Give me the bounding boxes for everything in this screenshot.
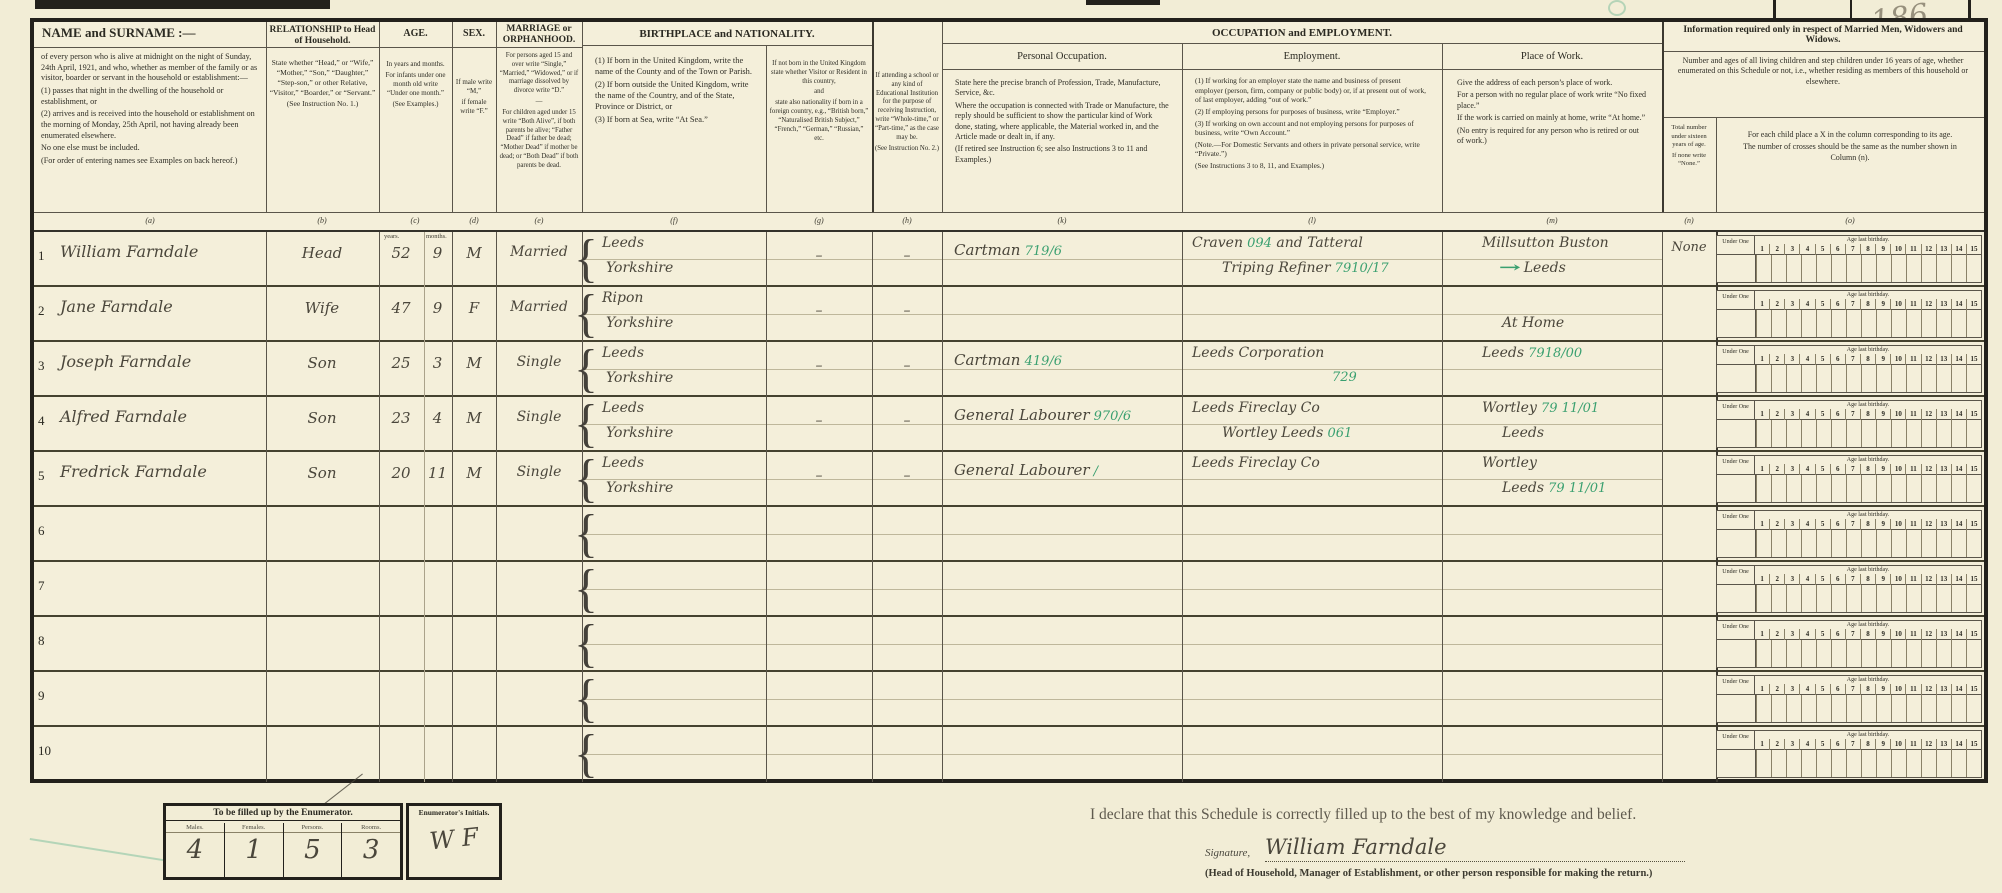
age-grid-number: 4 (1799, 519, 1814, 530)
cell-divider (766, 617, 767, 672)
cell-divider (1442, 727, 1443, 782)
married-info-banner: Information required only in respect of … (1662, 22, 1984, 52)
age-grid-cell (1906, 310, 1921, 337)
age-grid-cell (1891, 640, 1906, 667)
age-grid-cell (1717, 695, 1756, 722)
age-grid-cell (1891, 530, 1906, 557)
age-grid-cell (1906, 585, 1921, 612)
birthplace-line2: Yorkshire (606, 315, 766, 331)
cell-divider (1442, 232, 1443, 287)
age-grid-number: 15 (1966, 519, 1981, 530)
nationality-value: – (766, 303, 872, 319)
nationality-value: – (766, 358, 872, 374)
age-grid-number: 1 (1755, 299, 1769, 310)
cell-divider (496, 562, 497, 617)
cell-divider (379, 672, 380, 727)
age-grid-number: 3 (1784, 519, 1799, 530)
cell-divider (379, 507, 380, 562)
age-grid: Under OneAge last birthday.1234567891011… (1716, 455, 1982, 503)
table-row: {1William FarndaleHead529MMarriedLeedsYo… (34, 232, 1984, 287)
table-row: {3Joseph FarndaleSon253MSingleLeedsYorks… (34, 342, 1984, 397)
cell-divider (1662, 672, 1663, 727)
age-grid-cell (1831, 310, 1846, 337)
row-number: 1 (38, 248, 58, 264)
top-edge-mark (35, 0, 330, 9)
col-k-title: Personal Occupation. (942, 44, 1182, 70)
birthplace-brace: { (574, 503, 598, 564)
age-grid-cells (1717, 310, 1981, 337)
occupation-value-code: / (1090, 464, 1099, 479)
cell-divider (379, 727, 380, 782)
age-grid-number: 10 (1890, 519, 1905, 530)
name-value: Joseph Farndale (60, 352, 264, 371)
table-row: {10Under OneAge last birthday.1234567891… (34, 727, 1984, 782)
age-grid-cell (1717, 475, 1756, 502)
age-grid-number: 5 (1815, 574, 1830, 585)
education-value: – (872, 248, 942, 264)
table-row: {2Jane FarndaleWife479FMarriedRiponYorks… (34, 287, 1984, 342)
cell-divider (1182, 397, 1183, 452)
text-line: (1) passes that night in the dwelling of… (41, 86, 259, 107)
age-grid-cell (1876, 695, 1891, 722)
age-grid-cell (1951, 585, 1966, 612)
place-of-work-line1-text: Wortley (1482, 455, 1537, 471)
age-grid-cell (1717, 365, 1756, 392)
age-grid-cell (1771, 310, 1786, 337)
age-grid-cell (1921, 640, 1936, 667)
age-grid-number: 4 (1799, 409, 1814, 420)
cell-divider (496, 672, 497, 727)
cell-divider (1442, 507, 1443, 562)
age-grid-number: 13 (1936, 464, 1951, 475)
cell-divider (1662, 452, 1663, 507)
education-value: – (872, 303, 942, 319)
cell-divider (1182, 617, 1183, 672)
age-grid-number: 6 (1830, 299, 1845, 310)
age-grid-cell (1906, 530, 1921, 557)
place-of-work-line2: Leeds (1502, 425, 1660, 442)
table-rows: years.months.{1William FarndaleHead529MM… (34, 230, 1984, 781)
age-grid-cell (1951, 365, 1966, 392)
column-letter: (f) (659, 216, 689, 225)
age-grid-label: Age last birthday. (1755, 512, 1981, 518)
age-grid-number: 12 (1921, 574, 1936, 585)
place-of-work-line1: Millsutton Buston (1482, 235, 1660, 252)
age-grid-cell (1831, 365, 1846, 392)
text-line: For persons aged 15 and over write “Sing… (499, 52, 579, 96)
text-line: (No entry is required for any person who… (1457, 126, 1647, 147)
age-grid-cell (1717, 310, 1756, 337)
age-grid-label: Age last birthday. (1755, 622, 1981, 628)
age-grid-cell (1786, 310, 1801, 337)
age-grid-number: 8 (1860, 574, 1875, 585)
age-grid-number: 14 (1951, 739, 1966, 750)
age-grid-cell (1816, 530, 1831, 557)
age-grid-cell (1861, 530, 1876, 557)
age-grid-cell (1966, 750, 1981, 777)
col-c-description: In years and months.For infants under on… (379, 48, 452, 212)
relationship-value: Son (268, 354, 376, 372)
col-l-title: Employment. (1182, 44, 1442, 70)
text-line: If male write “M,” (455, 78, 493, 96)
age-grid-label: Age last birthday. (1755, 292, 1981, 298)
age-grid-cell (1951, 420, 1966, 447)
age-grid: Under OneAge last birthday.1234567891011… (1716, 675, 1982, 723)
age-grid-cell (1936, 255, 1951, 282)
col-m-title: Place of Work. (1442, 44, 1662, 70)
age-grid-number: 14 (1951, 519, 1966, 530)
age-years-value: 52 (379, 244, 423, 262)
text-line: The number of crosses should be the same… (1735, 142, 1965, 163)
age-grid-number: 8 (1860, 299, 1875, 310)
age-grid-number: 8 (1860, 519, 1875, 530)
age-grid: Under OneAge last birthday.1234567891011… (1716, 565, 1982, 613)
age-grid-number: 4 (1799, 354, 1814, 365)
enumerator-column-header: Persons. (284, 823, 342, 833)
age-grid-number: 7 (1845, 684, 1860, 695)
age-grid-cell (1891, 255, 1906, 282)
age-grid-number: 13 (1936, 519, 1951, 530)
column-letter: (g) (804, 216, 834, 225)
birthplace-line1: Leeds (602, 455, 762, 471)
age-grid-cell (1861, 420, 1876, 447)
col-f-description: (1) If born in the United Kingdom, write… (582, 46, 766, 212)
occupation-value-text: Cartman (954, 241, 1020, 259)
age-grid-number: 4 (1799, 464, 1814, 475)
age-grid-number: 6 (1830, 409, 1845, 420)
age-grid-number: 11 (1905, 354, 1920, 365)
age-grid-cell (1717, 420, 1756, 447)
age-grid-number: 11 (1905, 739, 1920, 750)
age-grid-cell (1816, 640, 1831, 667)
age-grid-cell (1756, 585, 1771, 612)
age-grid-number: 15 (1966, 739, 1981, 750)
age-grid-cell (1906, 750, 1921, 777)
age-grid-cell (1756, 640, 1771, 667)
age-grid-numbers: 123456789101112131415 (1755, 684, 1981, 695)
text-line: For each child place a X in the column c… (1735, 130, 1965, 140)
age-grid-cell (1717, 255, 1756, 282)
column-letter: (c) (400, 216, 430, 225)
age-grid-number: 4 (1799, 299, 1814, 310)
age-grid-header: Under OneAge last birthday.1234567891011… (1717, 291, 1981, 310)
cell-divider (496, 617, 497, 672)
age-grid-cell (1951, 310, 1966, 337)
row-guide-line (582, 699, 1662, 700)
age-grid-cell (1906, 475, 1921, 502)
text-line: (Note.—For Domestic Servants and others … (1195, 140, 1429, 159)
age-years-value: 25 (379, 354, 423, 372)
birthplace-line2: Yorkshire (606, 260, 766, 276)
age-grid-number: 5 (1815, 739, 1830, 750)
cell-divider (872, 562, 873, 617)
age-grid-number: 9 (1875, 684, 1890, 695)
table-row: {6Under OneAge last birthday.12345678910… (34, 507, 1984, 562)
cell-divider (1182, 507, 1183, 562)
age-grid-number: 12 (1921, 739, 1936, 750)
relationship-value: Son (268, 409, 376, 427)
age-grid-cell (1876, 255, 1891, 282)
age-grid-cell (1846, 475, 1861, 502)
cell-divider (942, 727, 943, 782)
nationality-value: – (766, 413, 872, 429)
column-letter: (n) (1674, 216, 1704, 225)
age-grid-number: 6 (1830, 629, 1845, 640)
text-line: If the work is carried on mainly at home… (1457, 113, 1647, 123)
enumerator-column: Females.1 (225, 823, 284, 877)
table-row: {8Under OneAge last birthday.12345678910… (34, 617, 1984, 672)
enumerator-column-value: 3 (342, 835, 400, 865)
text-line: (2) arrives and is received into the hou… (41, 109, 259, 141)
text-line: (1) If born in the United Kingdom, write… (595, 56, 753, 78)
age-grid: Under OneAge last birthday.1234567891011… (1716, 345, 1982, 393)
age-grid-cell (1717, 585, 1756, 612)
signature-note: (Head of Household, Manager of Establish… (1205, 868, 1652, 879)
row-number: 10 (38, 743, 58, 759)
cell-divider (942, 232, 943, 287)
employment-line2: Triping Refiner 7910/17 (1222, 260, 1440, 277)
text-line: State whether “Head,” or “Wife,” “Mother… (269, 58, 376, 97)
table-header: NAME and SURNAME :— of every person who … (34, 22, 1984, 230)
age-subdivider (424, 617, 425, 672)
text-line: (2) If born outside the United Kingdom, … (595, 80, 753, 113)
age-grid-cell (1876, 585, 1891, 612)
row-number: 7 (38, 578, 58, 594)
age-grid-under-one: Under One (1717, 731, 1755, 749)
education-value: – (872, 413, 942, 429)
age-grid-number: 8 (1860, 354, 1875, 365)
cell-divider (379, 617, 380, 672)
age-grid-cell (1906, 365, 1921, 392)
cell-divider (1442, 617, 1443, 672)
employment-line1-code: 094 (1243, 236, 1272, 251)
age-grid-number: 7 (1845, 464, 1860, 475)
age-grid-number: 13 (1936, 574, 1951, 585)
age-grid-cell (1786, 750, 1801, 777)
cell-divider (1442, 342, 1443, 397)
age-grid-cell (1861, 310, 1876, 337)
employment-line2-text: Wortley Leeds (1222, 425, 1323, 441)
cell-divider (1662, 507, 1663, 562)
age-grid-number: 2 (1769, 519, 1784, 530)
birthplace-brace: { (574, 558, 598, 619)
census-table: NAME and SURNAME :— of every person who … (30, 18, 1988, 783)
age-grid-number: 5 (1815, 299, 1830, 310)
declaration-text: I declare that this Schedule is correctl… (1090, 806, 1636, 824)
age-grid-label: Age last birthday. (1755, 457, 1981, 463)
table-row: {4Alfred FarndaleSon234MSingleLeedsYorks… (34, 397, 1984, 452)
enumerator-column-value: 1 (225, 835, 283, 865)
occupation-value-code: 419/6 (1020, 354, 1062, 369)
col-a-title: NAME and SURNAME :— (42, 26, 258, 41)
occupation-value: Cartman 719/6 (954, 241, 1180, 260)
row-number: 2 (38, 303, 58, 319)
age-grid-cell (1966, 530, 1981, 557)
age-grid-cell (1846, 255, 1861, 282)
age-subdivider (424, 727, 425, 782)
age-grid-number: 6 (1830, 244, 1845, 255)
age-grid-number: 9 (1875, 354, 1890, 365)
age-grid-cell (1891, 420, 1906, 447)
age-grid-cell (1801, 310, 1816, 337)
age-grid-number: 6 (1830, 739, 1845, 750)
age-grid-cell (1921, 530, 1936, 557)
age-grid-number: 10 (1890, 354, 1905, 365)
col-e-title: MARRIAGE or ORPHANHOOD. (496, 24, 582, 46)
age-grid-cell (1921, 750, 1936, 777)
cell-divider (766, 672, 767, 727)
marriage-value: Married (497, 244, 581, 260)
cell-divider (872, 672, 873, 727)
age-grid-number: 13 (1936, 739, 1951, 750)
age-grid-number: 2 (1769, 574, 1784, 585)
sex-value: M (453, 354, 495, 372)
age-months-value: 9 (424, 244, 451, 262)
sex-value: F (453, 299, 495, 317)
age-grid-cell (1951, 255, 1966, 282)
age-grid-cell (1861, 255, 1876, 282)
cell-divider (872, 507, 873, 562)
col-d-title: SEX. (452, 28, 496, 40)
age-grid-cell (1861, 365, 1876, 392)
age-grid-cell (1786, 475, 1801, 502)
green-check-mark (1608, 0, 1626, 16)
age-grid-number: 12 (1921, 519, 1936, 530)
age-grid-cell (1816, 365, 1831, 392)
age-grid-number: 9 (1875, 574, 1890, 585)
age-grid-number: 5 (1815, 629, 1830, 640)
table-row: {7Under OneAge last birthday.12345678910… (34, 562, 1984, 617)
age-grid-number: 13 (1936, 354, 1951, 365)
enumerator-column: Males.4 (166, 823, 225, 877)
age-grid-number: 13 (1936, 299, 1951, 310)
age-grid-number: 2 (1769, 629, 1784, 640)
age-grid-cell (1771, 475, 1786, 502)
age-grid-number: 8 (1860, 464, 1875, 475)
age-grid-number: 2 (1769, 299, 1784, 310)
age-grid-cell (1771, 640, 1786, 667)
text-line: (See Examples.) (382, 100, 449, 109)
census-schedule-page: No. of Schedule. 186 NAME and SURNAME :—… (0, 0, 2002, 893)
column-letter: (m) (1537, 216, 1567, 225)
age-grid-number: 9 (1875, 739, 1890, 750)
text-line: Where the occupation is connected with T… (955, 101, 1169, 143)
age-grid-cell (1936, 475, 1951, 502)
place-of-work-line2: →Leeds (1502, 260, 1660, 277)
row-guide-line (582, 754, 1662, 755)
age-grid-number: 8 (1860, 629, 1875, 640)
age-grid-cell (1816, 475, 1831, 502)
age-grid-cell (1966, 255, 1981, 282)
age-grid-cell (1816, 695, 1831, 722)
age-grid-number: 11 (1905, 629, 1920, 640)
age-grid-cell (1861, 750, 1876, 777)
age-grid-cell (1786, 255, 1801, 282)
age-grid-cell (1756, 475, 1771, 502)
education-value: – (872, 358, 942, 374)
age-grid-cell (1846, 420, 1861, 447)
age-grid-number: 14 (1951, 299, 1966, 310)
age-grid-cell (1816, 255, 1831, 282)
age-grid-cell (1831, 585, 1846, 612)
column-letter: (k) (1047, 216, 1077, 225)
age-grid-under-one: Under One (1717, 236, 1755, 254)
age-grid-number: 3 (1784, 299, 1799, 310)
relationship-value: Head (268, 244, 376, 262)
age-grid-cell (1786, 365, 1801, 392)
age-grid-cell (1936, 420, 1951, 447)
name-value: Alfred Farndale (60, 407, 264, 426)
age-grid-number: 1 (1755, 464, 1769, 475)
cell-divider (1442, 452, 1443, 507)
age-grid-cell (1801, 695, 1816, 722)
column-letter-row: (a)(b)(c)(d)(e)(f)(g)(h)(k)(l)(m)(n)(o) (34, 212, 1984, 231)
age-grid-cell (1876, 310, 1891, 337)
text-line: For infants under one month old write “U… (382, 71, 449, 98)
text-line: Total number under sixteen years of age. (1665, 124, 1713, 150)
row-guide-line (582, 589, 1662, 590)
cell-divider (266, 672, 267, 727)
place-of-work-line1: Wortley 79 11/01 (1482, 400, 1660, 417)
age-grid-number: 13 (1936, 244, 1951, 255)
age-grid-number: 5 (1815, 354, 1830, 365)
text-line: if female write “F.” (455, 98, 493, 116)
age-grid-cell (1921, 420, 1936, 447)
age-grid-number: 15 (1966, 629, 1981, 640)
relationship-value: Son (268, 464, 376, 482)
age-grid-number: 1 (1755, 739, 1769, 750)
age-grid-number: 7 (1845, 244, 1860, 255)
name-value: Jane Farndale (60, 297, 264, 316)
age-grid-header: Under OneAge last birthday.1234567891011… (1717, 621, 1981, 640)
age-grid-number: 15 (1966, 409, 1981, 420)
cell-divider (942, 287, 943, 342)
age-grid-cell (1756, 530, 1771, 557)
birthplace-line2: Yorkshire (606, 480, 766, 496)
col-b-description: State whether “Head,” or “Wife,” “Mother… (266, 48, 379, 212)
age-grid-number: 13 (1936, 684, 1951, 695)
age-grid-cell (1756, 420, 1771, 447)
age-grid-number: 5 (1815, 464, 1830, 475)
row-guide-line (582, 644, 1662, 645)
age-grid-cell (1816, 420, 1831, 447)
age-grid-header: Under OneAge last birthday.1234567891011… (1717, 566, 1981, 585)
age-grid-cell (1771, 585, 1786, 612)
row-number: 9 (38, 688, 58, 704)
cell-divider (1662, 562, 1663, 617)
age-grid-cell (1816, 750, 1831, 777)
age-grid-cell (1906, 255, 1921, 282)
age-grid-number: 9 (1875, 519, 1890, 530)
age-grid-cell (1801, 750, 1816, 777)
cell-divider (496, 727, 497, 782)
column-letter: (d) (459, 216, 489, 225)
enumerator-columns: Males.4Females.1Persons.5Rooms.3 (166, 823, 400, 877)
age-grid-cell (1876, 475, 1891, 502)
age-grid-number: 10 (1890, 574, 1905, 585)
cell-divider (766, 727, 767, 782)
age-grid-number: 11 (1905, 519, 1920, 530)
age-grid-cell (1717, 530, 1756, 557)
age-grid-cell (1921, 255, 1936, 282)
place-of-work-line1-text: Millsutton Buston (1482, 235, 1609, 251)
row-guide-line (582, 534, 1662, 535)
col-m-description: Give the address of each person’s place … (1442, 70, 1662, 212)
age-grid-number: 7 (1845, 299, 1860, 310)
age-grid-number: 14 (1951, 629, 1966, 640)
age-grid-numbers: 123456789101112131415 (1755, 244, 1981, 255)
age-grid-cell (1771, 695, 1786, 722)
